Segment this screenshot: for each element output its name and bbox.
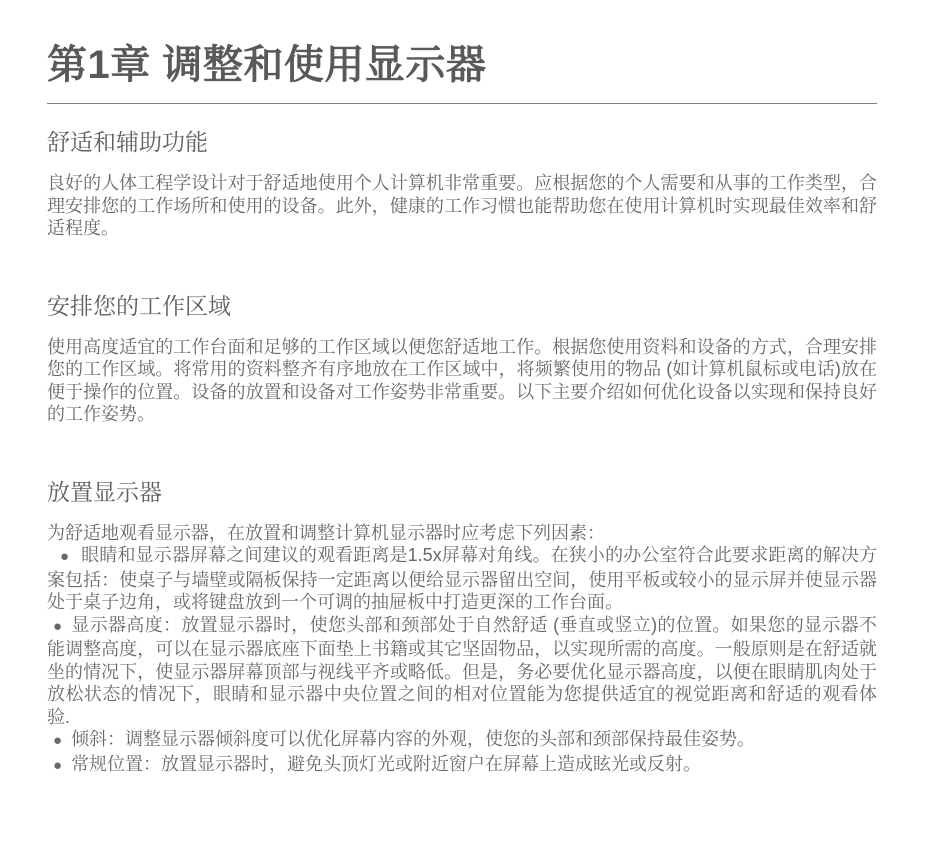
title-divider: [47, 103, 877, 104]
section-intro: 为舒适地观看显示器，在放置和调整计算机显示器时应考虑下列因素：: [47, 522, 877, 545]
bullet-item-monitor-height: ●显示器高度：放置显示器时，使您头部和颈部处于自然舒适 (垂直或竖立)的位置。如…: [47, 614, 877, 729]
section-paragraph: 使用高度适宜的工作台面和足够的工作区域以便您舒适地工作。根据您使用资料和设备的方…: [47, 336, 877, 426]
bullet-text: 常规位置：放置显示器时，避免头顶灯光或附近窗户在屏幕上造成眩光或反射。: [71, 754, 701, 774]
section-paragraph: 良好的人体工程学设计对于舒适地使用个人计算机非常重要。应根据您的个人需要和从事的…: [47, 172, 877, 240]
bullet-item-tilt: ●倾斜：调整显示器倾斜度可以优化屏幕内容的外观，使您的头部和颈部保持最佳姿势。: [47, 728, 877, 753]
bullet-text: 倾斜：调整显示器倾斜度可以优化屏幕内容的外观，使您的头部和颈部保持最佳姿势。: [71, 729, 755, 749]
bullet-item-viewing-distance: ●眼睛和显示器屏幕之间建议的观看距离是1.5x屏幕对角线。在狭小的办公室符合此要…: [47, 544, 877, 614]
chapter-title: 第1章 调整和使用显示器: [47, 40, 877, 90]
bullet-marker: ●: [60, 548, 69, 565]
bullet-text: 显示器高度：放置显示器时，使您头部和颈部处于自然舒适 (垂直或竖立)的位置。如果…: [47, 615, 877, 727]
section-heading: 放置显示器: [47, 476, 877, 508]
bullet-marker: ●: [53, 757, 62, 774]
section-heading: 舒适和辅助功能: [47, 126, 877, 158]
bullet-text: 眼睛和显示器屏幕之间建议的观看距离是1.5x屏幕对角线。在狭小的办公室符合此要求…: [47, 545, 877, 612]
bullet-marker: ●: [53, 732, 62, 749]
section-position-monitor: 放置显示器 为舒适地观看显示器，在放置和调整计算机显示器时应考虑下列因素： ●眼…: [47, 476, 877, 778]
section-comfort-accessibility: 舒适和辅助功能 良好的人体工程学设计对于舒适地使用个人计算机非常重要。应根据您的…: [47, 126, 877, 240]
section-arrange-workspace: 安排您的工作区域 使用高度适宜的工作台面和足够的工作区域以便您舒适地工作。根据您…: [47, 290, 877, 426]
bullet-marker: ●: [53, 618, 62, 635]
section-heading: 安排您的工作区域: [47, 290, 877, 322]
document-page: 第1章 调整和使用显示器 舒适和辅助功能 良好的人体工程学设计对于舒适地使用个人…: [0, 0, 877, 777]
bullet-item-general-location: ●常规位置：放置显示器时，避免头顶灯光或附近窗户在屏幕上造成眩光或反射。: [47, 753, 877, 778]
page-content: 第1章 调整和使用显示器 舒适和辅助功能 良好的人体工程学设计对于舒适地使用个人…: [47, 40, 877, 777]
